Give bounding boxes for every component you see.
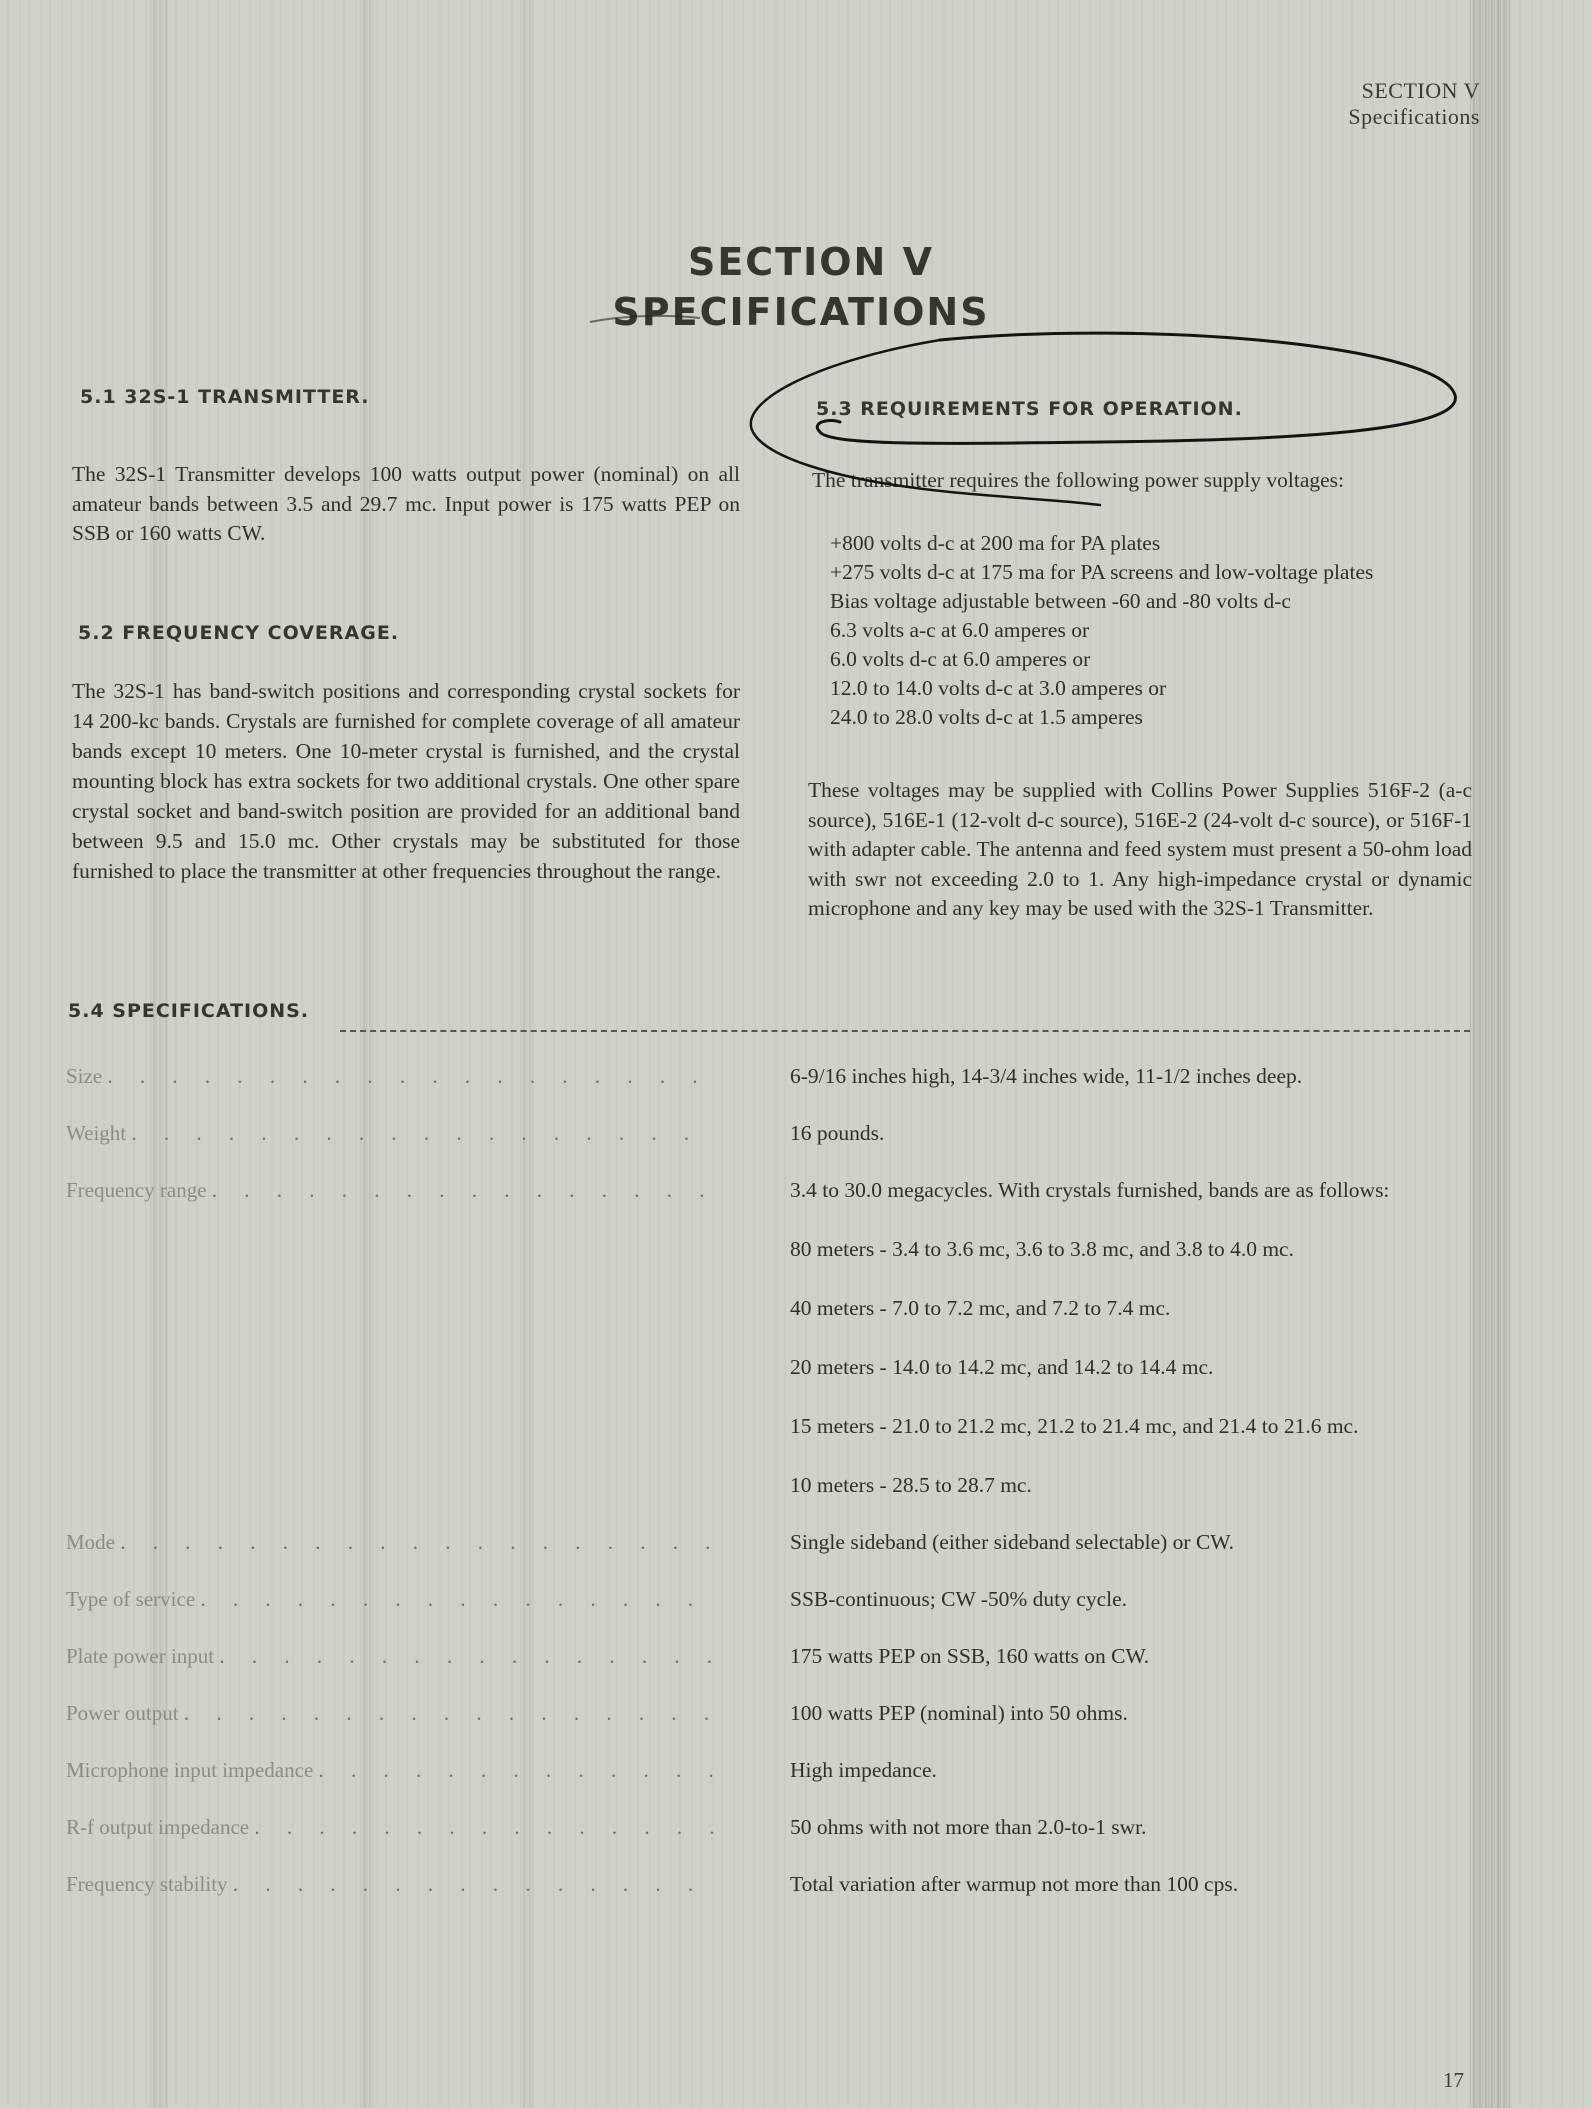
spec-value: 50 ohms with not more than 2.0-to-1 swr. [716, 1813, 1476, 1842]
spec-value: 100 watts PEP (nominal) into 50 ohms. [716, 1699, 1476, 1728]
band-80m: 80 meters - 3.4 to 3.6 mc, 3.6 to 3.8 mc… [790, 1235, 1476, 1264]
spec-label: Frequency stability [66, 1872, 228, 1896]
spec-row-frequency-stability: Frequency stability . . . . . . . . . . … [66, 1870, 1476, 1899]
spec-row-plate-power-input: Plate power input . . . . . . . . . . . … [66, 1642, 1476, 1671]
heading-5-1: 5.1 32S-1 TRANSMITTER. [80, 386, 370, 408]
dot-leader: . . . . . . . . . . . . . . . . . . . . … [319, 1758, 716, 1782]
voltage-item: Bias voltage adjustable between -60 and … [830, 587, 1474, 616]
dot-leader: . . . . . . . . . . . . . . . . . . . . … [219, 1644, 716, 1668]
paragraph-5-3-body: These voltages may be supplied with Coll… [808, 776, 1472, 924]
band-15m: 15 meters - 21.0 to 21.2 mc, 21.2 to 21.… [790, 1412, 1476, 1441]
spec-value: SSB-continuous; CW -50% duty cycle. [716, 1585, 1476, 1614]
band-10m: 10 meters - 28.5 to 28.7 mc. [790, 1471, 1476, 1500]
spec-value: Total variation after warmup not more th… [716, 1870, 1476, 1899]
spec-label: Type of service [66, 1587, 195, 1611]
dot-leader: . . . . . . . . . . . . . . . . . . . . … [184, 1701, 716, 1725]
voltage-item: +275 volts d-c at 175 ma for PA screens … [830, 558, 1474, 587]
spec-value: 175 watts PEP on SSB, 160 watts on CW. [716, 1642, 1476, 1671]
dot-leader: . . . . . . . . . . . . . . . . . . . . … [131, 1121, 716, 1145]
band-40m: 40 meters - 7.0 to 7.2 mc, and 7.2 to 7.… [790, 1294, 1476, 1323]
paragraph-5-2: The 32S-1 has band-switch positions and … [72, 676, 740, 886]
page-title: SECTION V SPECIFICATIONS [0, 240, 1592, 334]
spec-row-mode: Mode . . . . . . . . . . . . . . . . . .… [66, 1528, 1476, 1557]
heading-5-3: 5.3 REQUIREMENTS FOR OPERATION. [816, 398, 1243, 420]
voltage-requirements-list: +800 volts d-c at 200 ma for PA plates +… [830, 529, 1474, 732]
spec-value: High impedance. [716, 1756, 1476, 1785]
dot-leader: . . . . . . . . . . . . . . . . . . . . … [233, 1872, 716, 1896]
spec-label: R-f output impedance [66, 1815, 249, 1839]
spec-label: Frequency range [66, 1178, 207, 1202]
spec-value: 16 pounds. [716, 1119, 1476, 1148]
voltage-item: +800 volts d-c at 200 ma for PA plates [830, 529, 1474, 558]
dot-leader: . . . . . . . . . . . . . . . . . . . . … [120, 1530, 716, 1554]
dot-leader: . . . . . . . . . . . . . . . . . . . . … [254, 1815, 716, 1839]
voltage-item: 12.0 to 14.0 volts d-c at 3.0 amperes or [830, 674, 1474, 703]
spec-label: Size [66, 1064, 102, 1088]
title-line-2: SPECIFICATIONS [0, 290, 1592, 334]
spec-label: Plate power input [66, 1644, 214, 1668]
spec-label: Power output [66, 1701, 179, 1725]
heading-5-2: 5.2 FREQUENCY COVERAGE. [78, 622, 399, 644]
spec-row-size: Size . . . . . . . . . . . . . . . . . .… [66, 1062, 1476, 1091]
paragraph-5-1: The 32S-1 Transmitter develops 100 watts… [72, 460, 740, 549]
dot-leader: . . . . . . . . . . . . . . . . . . . . … [212, 1178, 716, 1202]
band-20m: 20 meters - 14.0 to 14.2 mc, and 14.2 to… [790, 1353, 1476, 1382]
spec-label: Weight [66, 1121, 126, 1145]
title-line-1: SECTION V [0, 240, 1592, 284]
spec-row-microphone-input-impedance: Microphone input impedance . . . . . . .… [66, 1756, 1476, 1785]
page-number: 17 [1443, 2068, 1464, 2093]
specifications-table: Size . . . . . . . . . . . . . . . . . .… [66, 1062, 1476, 1927]
spec-row-weight: Weight . . . . . . . . . . . . . . . . .… [66, 1119, 1476, 1148]
document-page: SECTION V Specifications SECTION V SPECI… [0, 0, 1592, 2108]
spec-row-rf-output-impedance: R-f output impedance . . . . . . . . . .… [66, 1813, 1476, 1842]
dot-leader: . . . . . . . . . . . . . . . . . . . . … [200, 1587, 716, 1611]
running-head: SECTION V Specifications [1348, 78, 1480, 130]
spec-value: Single sideband (either sideband selecta… [716, 1528, 1476, 1557]
spec-row-power-output: Power output . . . . . . . . . . . . . .… [66, 1699, 1476, 1728]
spec-label: Microphone input impedance [66, 1758, 313, 1782]
spec-label: Mode [66, 1530, 115, 1554]
voltage-item: 6.0 volts d-c at 6.0 amperes or [830, 645, 1474, 674]
running-head-section: SECTION V [1348, 78, 1480, 104]
voltage-item: 24.0 to 28.0 volts d-c at 1.5 amperes [830, 703, 1474, 732]
dot-leader: . . . . . . . . . . . . . . . . . . . . … [107, 1064, 716, 1088]
voltage-item: 6.3 volts a-c at 6.0 amperes or [830, 616, 1474, 645]
paragraph-5-3-intro: The transmitter requires the following p… [812, 466, 1472, 496]
heading-5-4: 5.4 SPECIFICATIONS. [68, 1000, 309, 1022]
spec-value: 3.4 to 30.0 megacycles. With crystals fu… [790, 1176, 1476, 1205]
section-rule [340, 1030, 1470, 1032]
spec-row-frequency-range: Frequency range . . . . . . . . . . . . … [66, 1176, 1476, 1500]
spec-row-type-of-service: Type of service . . . . . . . . . . . . … [66, 1585, 1476, 1614]
spec-value: 6-9/16 inches high, 14-3/4 inches wide, … [716, 1062, 1476, 1091]
running-head-subtitle: Specifications [1348, 104, 1480, 130]
